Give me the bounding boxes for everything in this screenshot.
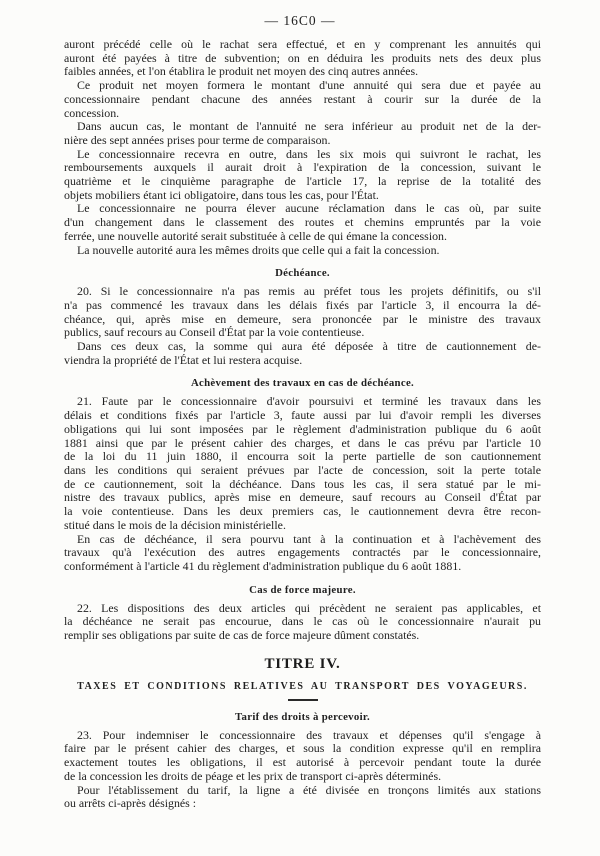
- text-line: conformément à l'article 41 du règlement…: [64, 560, 541, 574]
- text-line: remplir ses obligations par suite de cas…: [64, 629, 541, 643]
- text-line: En cas de déchéance, il sera pourvu tant…: [64, 533, 541, 547]
- title-heading: TITRE IV.: [64, 656, 541, 673]
- text-line: délais et conditions fixés par l'article…: [64, 409, 541, 423]
- text-line: travaux qu'à l'exécution des autres enga…: [64, 546, 541, 560]
- document-page: — 16C0 — auront précédé celle où le rach…: [0, 0, 600, 856]
- text-line: publics, sauf recours au Conseil d'État …: [64, 326, 541, 340]
- subtitle-heading: TAXES ET CONDITIONS RELATIVES AU TRANSPO…: [64, 681, 541, 692]
- paragraph: 21. Faute par le concessionnaire d'avoir…: [64, 395, 541, 532]
- section-heading: Cas de force majeure.: [64, 584, 541, 596]
- text-line: Dans ces deux cas, la somme qui aura été…: [64, 340, 541, 354]
- text-line: 22. Les dispositions des deux articles q…: [64, 602, 541, 616]
- text-line: Le concessionnaire recevra en outre, dan…: [64, 148, 541, 162]
- text-line: d'un changement dans le classement des r…: [64, 216, 541, 230]
- text-line: de la loi du 11 juin 1880, il encourra s…: [64, 450, 541, 464]
- text-line: Dans aucun cas, le montant de l'annuité …: [64, 120, 541, 134]
- text-line: 23. Pour indemniser le concessionnaire d…: [64, 729, 541, 743]
- paragraph: Dans ces deux cas, la somme qui aura été…: [64, 340, 541, 367]
- text-line: viendra la propriété de l'État et lui re…: [64, 354, 541, 368]
- text-line: 21. Faute par le concessionnaire d'avoir…: [64, 395, 541, 409]
- text-line: exactement toutes les obligations, il es…: [64, 756, 541, 770]
- text-line: La nouvelle autorité aura les mêmes droi…: [64, 244, 541, 258]
- text-line: nière des sept années prises pour terme …: [64, 134, 541, 148]
- text-line: faibles années, et l'on établira le prod…: [64, 65, 541, 79]
- paragraph: Pour l'établissement du tarif, la ligne …: [64, 784, 541, 811]
- paragraph: Le concessionnaire recevra en outre, dan…: [64, 148, 541, 203]
- text-line: stitué dans le mois de la décision minis…: [64, 519, 541, 533]
- paragraph: La nouvelle autorité aura les mêmes droi…: [64, 244, 541, 258]
- paragraph: Le concessionnaire ne pourra élever aucu…: [64, 202, 541, 243]
- text-line: obligations qui lui sont imposées par le…: [64, 423, 541, 437]
- text-line: auront précédé celle où le rachat sera e…: [64, 38, 541, 52]
- paragraph: En cas de déchéance, il sera pourvu tant…: [64, 533, 541, 574]
- paragraph: Dans aucun cas, le montant de l'annuité …: [64, 120, 541, 147]
- text-line: chéance, qui, après mise en demeure, ser…: [64, 313, 541, 327]
- text-line: Pour l'établissement du tarif, la ligne …: [64, 784, 541, 798]
- text-line: nistre des travaux publics, après mise e…: [64, 491, 541, 505]
- section-heading: Déchéance.: [64, 267, 541, 279]
- text-line: la déchéance ne serait pas encourue, dan…: [64, 615, 541, 629]
- text-line: ferrée, une nouvelle autorité serait sub…: [64, 230, 541, 244]
- paragraph: 20. Si le concessionnaire n'a pas remis …: [64, 285, 541, 340]
- document-body: auront précédé celle où le rachat sera e…: [64, 38, 541, 811]
- paragraph: Ce produit net moyen formera le montant …: [64, 79, 541, 120]
- text-line: concessionnaire pendant chacune des anné…: [64, 93, 541, 107]
- text-line: remboursements auxquels il aurait droit …: [64, 161, 541, 175]
- section-heading: Achèvement des travaux en cas de déchéan…: [64, 377, 541, 389]
- text-line: dans les conditions qui seraient prévues…: [64, 464, 541, 478]
- text-line: de ce cautionnement, soit la déchéance. …: [64, 478, 541, 492]
- text-line: Ce produit net moyen formera le montant …: [64, 79, 541, 93]
- text-line: ou arrêts ci-après désignés :: [64, 797, 541, 811]
- separator-rule: [288, 699, 318, 701]
- text-line: objets mobiliers étant ici obligatoire, …: [64, 189, 541, 203]
- text-line: la voie contentieuse. Dans les deux prem…: [64, 505, 541, 519]
- paragraph: 22. Les dispositions des deux articles q…: [64, 602, 541, 643]
- section-heading: Tarif des droits à percevoir.: [64, 711, 541, 723]
- text-line: faire par le présent cahier des charges,…: [64, 742, 541, 756]
- paragraph: 23. Pour indemniser le concessionnaire d…: [64, 729, 541, 784]
- text-line: 20. Si le concessionnaire n'a pas remis …: [64, 285, 541, 299]
- paragraph: auront précédé celle où le rachat sera e…: [64, 38, 541, 79]
- text-line: Le concessionnaire ne pourra élever aucu…: [64, 202, 541, 216]
- text-line: de la concession les droits de péage et …: [64, 770, 541, 784]
- text-line: n'a pas commencé les travaux dans les dé…: [64, 299, 541, 313]
- text-line: quatrième et le cinquième paragraphe de …: [64, 175, 541, 189]
- page-number: — 16C0 —: [0, 0, 600, 29]
- text-line: auront été payées à titre de subvention;…: [64, 52, 541, 66]
- text-line: 1881 ainsi que par le présent cahier des…: [64, 437, 541, 451]
- text-line: concession.: [64, 107, 541, 121]
